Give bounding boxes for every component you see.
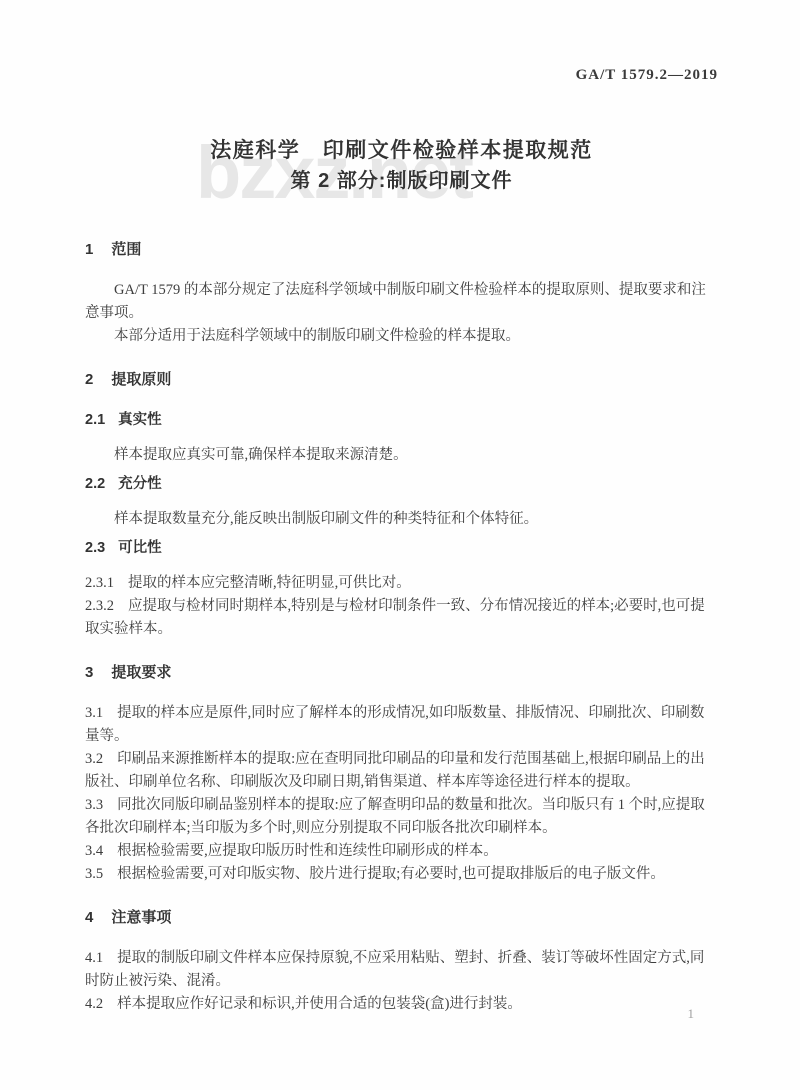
section-heading-1: 1范围 xyxy=(85,238,718,261)
page-number: 1 xyxy=(688,1006,695,1022)
section-heading-2: 2提取原则 xyxy=(85,368,718,391)
clause-text: 印刷品来源推断样本的提取:应在查明同批印刷品的印量和发行范围基础上,根据印刷品上… xyxy=(85,751,705,790)
section-number: 2 xyxy=(85,371,93,388)
clause-text: 应提取与检材同时期样本,特别是与检材印制条件一致、分布情况接近的样本;必要时,也… xyxy=(85,598,705,637)
title-line-1: 法庭科学 印刷文件检验样本提取规范 xyxy=(85,138,718,164)
document-body: 1范围 GA/T 1579 的本部分规定了法庭科学领域中制版印刷文件检验样本的提… xyxy=(85,238,718,1016)
clause-3-3: 3.3同批次同版印刷品鉴别样本的提取:应了解查明印品的数量和批次。当印版只有 1… xyxy=(85,794,718,840)
subsection-heading-2-1: 2.1真实性 xyxy=(85,409,718,432)
clause-number: 3.2 xyxy=(85,751,103,767)
title-line-2: 第 2 部分:制版印刷文件 xyxy=(85,168,718,194)
clause-3-5: 3.5根据检验需要,可对印版实物、胶片进行提取;有必要时,也可提取排版后的电子版… xyxy=(85,863,718,886)
clause-number: 2.3.2 xyxy=(85,598,114,614)
page-content: GA/T 1579.2—2019 法庭科学 印刷文件检验样本提取规范 第 2 部… xyxy=(0,0,800,1016)
section-title: 范围 xyxy=(111,241,141,258)
clause-number: 3.4 xyxy=(85,843,103,859)
subsection-title: 可比性 xyxy=(118,540,162,556)
clause-3-4: 3.4根据检验需要,应提取印版历时性和连续性印刷形成的样本。 xyxy=(85,840,718,863)
section-number: 1 xyxy=(85,241,93,258)
standard-number: GA/T 1579.2—2019 xyxy=(85,66,718,84)
paragraph: 本部分适用于法庭科学领域中的制版印刷文件检验的样本提取。 xyxy=(85,325,718,348)
clause-text: 同批次同版印刷品鉴别样本的提取:应了解查明印品的数量和批次。当印版只有 1 个时… xyxy=(85,797,705,836)
clause-number: 3.1 xyxy=(85,705,103,721)
document-title: 法庭科学 印刷文件检验样本提取规范 第 2 部分:制版印刷文件 xyxy=(85,138,718,194)
clause-4-2: 4.2样本提取应作好记录和标识,并使用合适的包装袋(盒)进行封装。 xyxy=(85,993,718,1016)
subsection-title: 充分性 xyxy=(118,476,162,492)
subsection-number: 2.3 xyxy=(85,540,105,556)
clause-number: 3.5 xyxy=(85,866,103,882)
clause-2-3-1: 2.3.1提取的样本应完整清晰,特征明显,可供比对。 xyxy=(85,572,718,595)
subsection-number: 2.1 xyxy=(85,412,105,428)
clause-text: 提取的样本应完整清晰,特征明显,可供比对。 xyxy=(128,575,411,591)
section-title: 提取要求 xyxy=(111,664,171,681)
section-number: 3 xyxy=(85,664,93,681)
clause-number: 2.3.1 xyxy=(85,575,114,591)
clause-number: 4.2 xyxy=(85,996,103,1012)
clause-3-1: 3.1提取的样本应是原件,同时应了解样本的形成情况,如印版数量、排版情况、印刷批… xyxy=(85,702,718,748)
section-title: 提取原则 xyxy=(111,371,171,388)
section-title: 注意事项 xyxy=(111,909,171,926)
clause-2-3-2: 2.3.2应提取与检材同时期样本,特别是与检材印制条件一致、分布情况接近的样本;… xyxy=(85,595,718,641)
section-heading-4: 4注意事项 xyxy=(85,906,718,929)
paragraph: 样本提取数量充分,能反映出制版印刷文件的种类特征和个体特征。 xyxy=(85,508,718,531)
clause-number: 4.1 xyxy=(85,950,103,966)
subsection-heading-2-3: 2.3可比性 xyxy=(85,537,718,560)
clause-4-1: 4.1提取的制版印刷文件样本应保持原貌,不应采用粘贴、塑封、折叠、装订等破坏性固… xyxy=(85,947,718,993)
document-page: bzxz.net GA/T 1579.2—2019 法庭科学 印刷文件检验样本提… xyxy=(0,0,800,1090)
subsection-heading-2-2: 2.2充分性 xyxy=(85,473,718,496)
paragraph: GA/T 1579 的本部分规定了法庭科学领域中制版印刷文件检验样本的提取原则、… xyxy=(85,279,718,325)
clause-text: 根据检验需要,可对印版实物、胶片进行提取;有必要时,也可提取排版后的电子版文件。 xyxy=(117,866,665,882)
clause-text: 提取的样本应是原件,同时应了解样本的形成情况,如印版数量、排版情况、印刷批次、印… xyxy=(85,705,704,744)
section-heading-3: 3提取要求 xyxy=(85,661,718,684)
section-number: 4 xyxy=(85,909,93,926)
clause-text: 样本提取应作好记录和标识,并使用合适的包装袋(盒)进行封装。 xyxy=(117,996,522,1012)
paragraph: 样本提取应真实可靠,确保样本提取来源清楚。 xyxy=(85,444,718,467)
clause-number: 3.3 xyxy=(85,797,103,813)
clause-text: 提取的制版印刷文件样本应保持原貌,不应采用粘贴、塑封、折叠、装订等破坏性固定方式… xyxy=(85,950,704,989)
clause-3-2: 3.2印刷品来源推断样本的提取:应在查明同批印刷品的印量和发行范围基础上,根据印… xyxy=(85,748,718,794)
clause-text: 根据检验需要,应提取印版历时性和连续性印刷形成的样本。 xyxy=(117,843,498,859)
subsection-title: 真实性 xyxy=(118,412,162,428)
subsection-number: 2.2 xyxy=(85,476,105,492)
